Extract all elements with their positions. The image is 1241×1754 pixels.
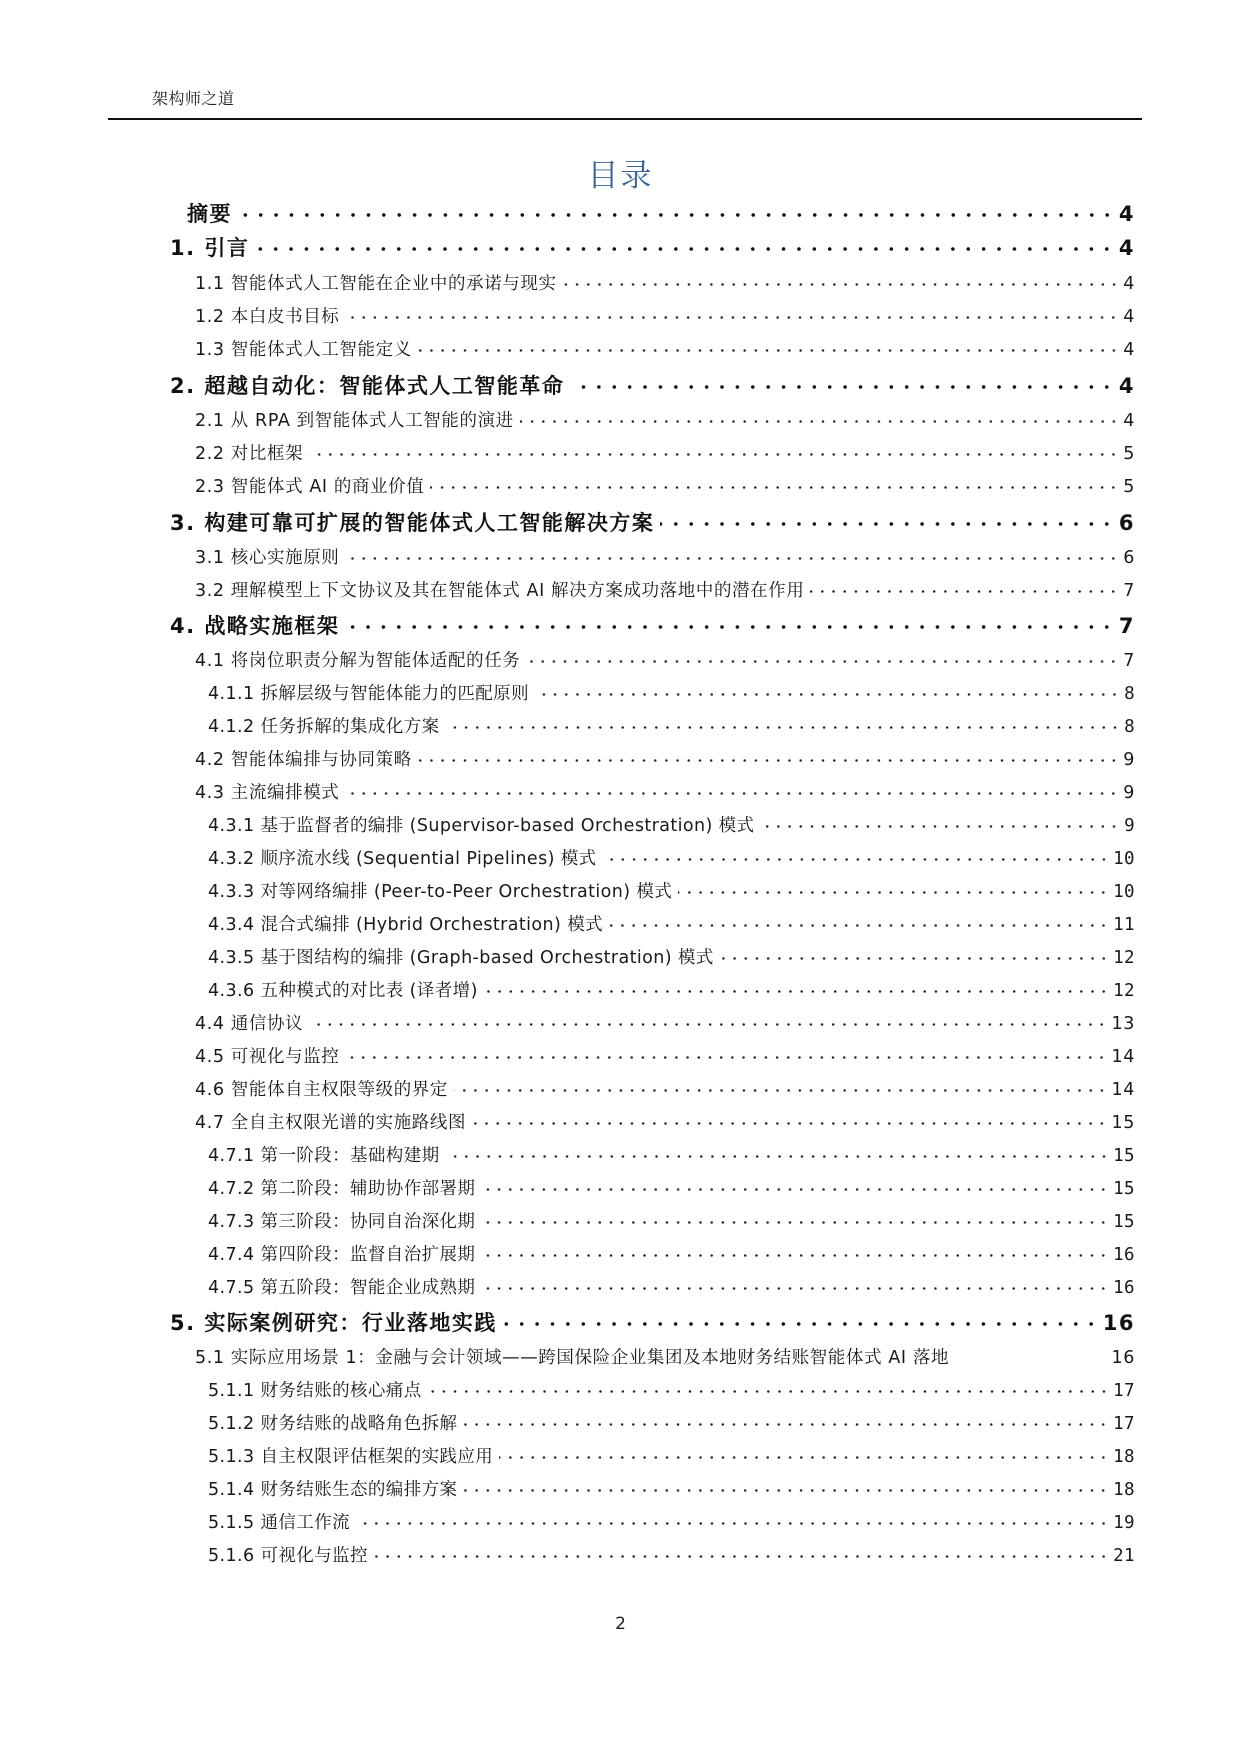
toc-entry-level-2[interactable]: 4.7.4 第四阶段：监督自治扩展期16 [208,1241,1135,1269]
toc-entry-page-number[interactable]: 4 [1121,274,1135,294]
toc-entry-page-number[interactable]: 5 [1121,477,1135,497]
dot-leader [418,338,1119,356]
toc-entry-page-number[interactable]: 7 [1117,614,1135,638]
toc-entry-page-number[interactable]: 8 [1122,684,1135,704]
dot-leader [428,1379,1110,1397]
toc-entry-level-2[interactable]: 5.1.6 可视化与监控21 [208,1542,1135,1570]
toc-entry-label[interactable]: 4.3.6 五种模式的对比表 (译者增) [208,977,482,1002]
dot-leader [503,1309,1099,1330]
toc-entry-label[interactable]: 4.7.3 第三阶段：协同自治深化期 [208,1208,479,1233]
toc-entry-label[interactable]: 4.1.1 拆解层级与智能体能力的匹配原则 [208,680,533,705]
toc-entry-level-2[interactable]: 4.3.4 混合式编排 (Hybrid Orchestration) 模式11 [208,911,1135,939]
dot-leader [570,372,1114,393]
dot-leader [760,814,1120,832]
dot-leader [481,1276,1109,1294]
toc-entry-level-1[interactable]: 4.2 智能体编排与协同策略9 [195,746,1135,774]
toc-entry-level-2[interactable]: 4.1.1 拆解层级与智能体能力的匹配原则8 [208,680,1135,708]
dot-leader [472,1111,1107,1129]
toc-entry-level-1[interactable]: 4.6 智能体自主权限等级的界定14 [195,1076,1135,1104]
toc-entry-label[interactable]: 5.1.3 自主权限评估框架的实践应用 [208,1443,497,1468]
toc-entry-label[interactable]: 5. 实际案例研究：行业落地实践 [170,1307,501,1337]
toc-entry-level-0[interactable]: 2. 超越自动化：智能体式人工智能革命4 [170,370,1135,400]
toc-entry-label[interactable]: 4.1 将岗位职责分解为智能体适配的任务 [195,647,524,672]
toc-entry-level-2[interactable]: 5.1.4 财务结账生态的编排方案18 [208,1476,1135,1504]
toc-entry-level-1[interactable]: 1.1 智能体式人工智能在企业中的承诺与现实4 [195,270,1135,298]
toc-entry-level-0[interactable]: 4. 战略实施框架7 [170,610,1135,640]
toc-entry-label[interactable]: 摘要 [187,198,236,228]
toc-entry-page-number[interactable]: 14 [1110,1080,1135,1100]
dot-leader [481,1177,1109,1195]
toc-entry-level-1[interactable]: 2.3 智能体式 AI 的商业价值5 [195,473,1135,501]
toc-entry-page-number[interactable]: 17 [1111,1381,1135,1401]
dot-leader [345,1045,1107,1063]
toc-entry-level-2[interactable]: 4.7.2 第二阶段：辅助协作部署期15 [208,1175,1135,1203]
toc-entry-level-0[interactable]: 摘要4 [187,198,1135,228]
toc-entry-label[interactable]: 4.3.2 顺序流水线 (Sequential Pipelines) 模式 [208,845,601,870]
dot-leader [345,546,1119,564]
toc-entry-label[interactable]: 3. 构建可靠可扩展的智能体式人工智能解决方案 [170,507,658,537]
dot-leader [430,475,1119,493]
toc-entry-label[interactable]: 4.7.2 第二阶段：辅助协作部署期 [208,1175,479,1200]
toc-entry-label[interactable]: 4.3.3 对等网络编排 (Peer-to-Peer Orchestration… [208,878,676,903]
toc-entry-label[interactable]: 4.3.4 混合式编排 (Hybrid Orchestration) 模式 [208,911,607,936]
toc-entry-label[interactable]: 4.3.1 基于监督者的编排 (Supervisor-based Orchest… [208,812,758,837]
toc-entry-page-number[interactable]: 21 [1111,1546,1135,1566]
dot-leader [446,715,1121,733]
toc-entry-page-number[interactable]: 19 [1111,1513,1135,1533]
dot-leader [481,1243,1109,1261]
toc-entry-level-2[interactable]: 5.1.3 自主权限评估框架的实践应用18 [208,1443,1135,1471]
toc-entry-page-number[interactable]: 13 [1110,1014,1135,1034]
toc-entry-label[interactable]: 5.1.5 通信工作流 [208,1509,354,1534]
dot-leader [499,1445,1109,1463]
toc-entry-level-1[interactable]: 4.1 将岗位职责分解为智能体适配的任务7 [195,647,1135,675]
toc-entry-level-1[interactable]: 4.3 主流编排模式9 [195,779,1135,807]
toc-entry-level-2[interactable]: 4.1.2 任务拆解的集成化方案8 [208,713,1135,741]
toc-entry-label[interactable]: 2. 超越自动化：智能体式人工智能革命 [170,370,568,400]
toc-entry-page-number[interactable]: 15 [1110,1113,1135,1133]
toc-entry-page-number[interactable]: 12 [1111,981,1135,1001]
dot-leader [484,979,1109,997]
toc-entry-level-2[interactable]: 5.1.1 财务结账的核心痛点17 [208,1377,1135,1405]
dot-leader [526,649,1119,667]
toc-entry-page-number[interactable]: 11 [1111,915,1135,935]
toc-entry-label[interactable]: 4.3.5 基于图结构的编排 (Graph-based Orchestratio… [208,944,718,969]
toc-entry-page-number[interactable]: 4 [1121,307,1135,327]
toc-entry-level-0[interactable]: 3. 构建可靠可扩展的智能体式人工智能解决方案6 [170,507,1135,537]
toc-entry-page-number[interactable]: 15 [1111,1212,1135,1232]
toc-entry-level-2[interactable]: 4.3.3 对等网络编排 (Peer-to-Peer Orchestration… [208,878,1135,906]
toc-entry-label[interactable]: 5.1.1 财务结账的核心痛点 [208,1377,426,1402]
toc-entry-label[interactable]: 3.2 理解模型上下文协议及其在智能体式 AI 解决方案成功落地中的潜在作用 [195,577,808,602]
toc-entry-level-1[interactable]: 4.5 可视化与监控14 [195,1043,1135,1071]
dot-leader [678,880,1109,898]
toc-entry-label[interactable]: 5.1.4 财务结账生态的编排方案 [208,1476,461,1501]
dot-leader [481,1210,1109,1228]
dot-leader [563,272,1120,290]
dot-leader [309,442,1119,460]
dot-leader [238,200,1115,221]
toc-entry-page-number[interactable]: 9 [1121,750,1135,770]
toc-entry-label[interactable]: 4.7 全自主权限光谱的实施路线图 [195,1109,470,1134]
toc-entry-level-2[interactable]: 4.7.3 第三阶段：协同自治深化期15 [208,1208,1135,1236]
toc-entry-page-number[interactable]: 4 [1117,236,1135,260]
dot-leader [345,305,1119,323]
toc-entry-page-number[interactable]: 15 [1111,1179,1135,1199]
toc-entry-page-number[interactable]: 8 [1122,717,1135,737]
toc-entry-page-number[interactable]: 4 [1121,411,1135,431]
toc-entry-page-number[interactable]: 4 [1117,374,1135,398]
toc-entry-label[interactable]: 2.1 从 RPA 到智能体式人工智能的演进 [195,407,518,432]
dot-leader [446,1144,1110,1162]
toc-entry-level-2[interactable]: 4.3.1 基于监督者的编排 (Supervisor-based Orchest… [208,812,1135,840]
toc-entry-page-number[interactable]: 16 [1111,1278,1135,1298]
toc-entry-label[interactable]: 4.5 可视化与监控 [195,1043,343,1068]
toc-entry-label[interactable]: 4.7.4 第四阶段：监督自治扩展期 [208,1241,479,1266]
toc-entry-page-number[interactable]: 14 [1110,1047,1135,1067]
toc-entry-level-2[interactable]: 5.1.5 通信工作流19 [208,1509,1135,1537]
toc-entry-page-number[interactable]: 9 [1121,783,1135,803]
header-divider [108,118,1142,120]
dot-leader [345,781,1119,799]
toc-entry-page-number[interactable]: 17 [1111,1414,1135,1434]
toc-entry-page-number[interactable]: 6 [1117,511,1135,535]
toc-entry-level-1[interactable]: 3.1 核心实施原则6 [195,544,1135,572]
toc-entry-level-2[interactable]: 4.7.1 第一阶段：基础构建期15 [208,1142,1135,1170]
toc-entry-page-number[interactable]: 12 [1111,948,1135,968]
dot-leader [609,913,1109,931]
toc-entry-level-2[interactable]: 4.3.2 顺序流水线 (Sequential Pipelines) 模式10 [208,845,1135,873]
toc-entry-label[interactable]: 1.2 本白皮书目标 [195,303,343,328]
page-number: 2 [0,1614,1241,1634]
toc-entry-level-2[interactable]: 4.7.5 第五阶段：智能企业成熟期16 [208,1274,1135,1302]
toc-entry-level-2[interactable]: 4.3.6 五种模式的对比表 (译者增)12 [208,977,1135,1005]
toc-entry-label[interactable]: 4.3 主流编排模式 [195,779,343,804]
toc-entry-label[interactable]: 1.1 智能体式人工智能在企业中的承诺与现实 [195,270,561,295]
dot-leader [309,1012,1107,1030]
toc-entry-level-1[interactable]: 4.7 全自主权限光谱的实施路线图15 [195,1109,1135,1137]
toc-entry-level-1[interactable]: 5.1 实际应用场景 1：金融与会计领域——跨国保险企业集团及本地财务结账智能体… [195,1344,1135,1372]
toc-entry-label[interactable]: 1.3 智能体式人工智能定义 [195,336,416,361]
toc-entry-label[interactable]: 5.1 实际应用场景 1：金融与会计领域——跨国保险企业集团及本地财务结账智能体… [195,1344,953,1369]
toc-entry-level-2[interactable]: 5.1.2 财务结账的战略角色拆解17 [208,1410,1135,1438]
toc-entry-label[interactable]: 4.4 通信协议 [195,1010,307,1035]
toc-entry-page-number[interactable]: 10 [1111,849,1135,869]
page-header: 架构师之道 [108,86,1142,109]
dot-leader [356,1511,1109,1529]
toc-entry-page-number[interactable]: 15 [1111,1146,1135,1166]
dot-leader [345,612,1114,633]
toc-entry-label[interactable]: 5.1.2 财务结账的战略角色拆解 [208,1410,461,1435]
toc-entry-page-number[interactable]: 7 [1121,581,1135,601]
dot-leader [255,234,1114,255]
dot-leader [374,1544,1109,1562]
dot-leader [535,682,1120,700]
dot-leader [660,509,1114,530]
toc-entry-page-number[interactable]: 10 [1111,882,1135,902]
toc-entry-page-number[interactable]: 6 [1121,548,1135,568]
toc-entry-label[interactable]: 5.1.6 可视化与监控 [208,1542,372,1567]
toc-entry-page-number[interactable]: 5 [1121,444,1135,464]
toc-entry-page-number[interactable]: 18 [1111,1447,1135,1467]
toc-entry-page-number[interactable]: 7 [1121,651,1135,671]
toc-entry-label[interactable]: 4.6 智能体自主权限等级的界定 [195,1076,452,1101]
dot-leader [454,1078,1108,1096]
dot-leader [520,409,1119,427]
toc-entry-page-number[interactable]: 18 [1111,1480,1135,1500]
toc-entry-page-number[interactable]: 16 [1111,1245,1135,1265]
dot-leader [603,847,1110,865]
toc-entry-label[interactable]: 4. 战略实施框架 [170,610,343,640]
toc-entry-level-2[interactable]: 4.3.5 基于图结构的编排 (Graph-based Orchestratio… [208,944,1135,972]
toc-entry-page-number[interactable]: 4 [1117,202,1135,226]
toc-entry-level-1[interactable]: 1.3 智能体式人工智能定义4 [195,336,1135,364]
toc-entry-page-number[interactable]: 16 [1110,1348,1135,1368]
toc-entry-page-number[interactable]: 4 [1121,340,1135,360]
toc-entry-label[interactable]: 2.2 对比框架 [195,440,307,465]
dot-leader [463,1412,1109,1430]
toc-entry-level-0[interactable]: 5. 实际案例研究：行业落地实践16 [170,1307,1135,1337]
toc-entry-label[interactable]: 4.7.5 第五阶段：智能企业成熟期 [208,1274,479,1299]
toc-entry-level-0[interactable]: 1. 引言4 [170,232,1135,262]
toc-entry-level-1[interactable]: 2.1 从 RPA 到智能体式人工智能的演进4 [195,407,1135,435]
toc-entry-level-1[interactable]: 2.2 对比框架5 [195,440,1135,468]
dot-leader [418,748,1119,766]
toc-entry-page-number[interactable]: 16 [1101,1311,1135,1335]
toc-entry-level-1[interactable]: 1.2 本白皮书目标4 [195,303,1135,331]
toc-entry-label[interactable]: 3.1 核心实施原则 [195,544,343,569]
toc-entry-label[interactable]: 4.7.1 第一阶段：基础构建期 [208,1142,444,1167]
toc-entry-page-number[interactable]: 9 [1122,816,1135,836]
dot-leader [463,1478,1109,1496]
toc-entry-level-1[interactable]: 4.4 通信协议13 [195,1010,1135,1038]
toc-entry-label[interactable]: 4.2 智能体编排与协同策略 [195,746,416,771]
header-title: 架构师之道 [108,86,1142,109]
dot-leader [810,579,1119,597]
dot-leader [720,946,1109,964]
toc-entry-level-1[interactable]: 3.2 理解模型上下文协议及其在智能体式 AI 解决方案成功落地中的潜在作用7 [195,577,1135,605]
toc-entry-label[interactable]: 1. 引言 [170,232,253,262]
toc-title: 目录 [0,150,1241,195]
toc-entry-label[interactable]: 2.3 智能体式 AI 的商业价值 [195,473,428,498]
toc-entry-label[interactable]: 4.1.2 任务拆解的集成化方案 [208,713,444,738]
